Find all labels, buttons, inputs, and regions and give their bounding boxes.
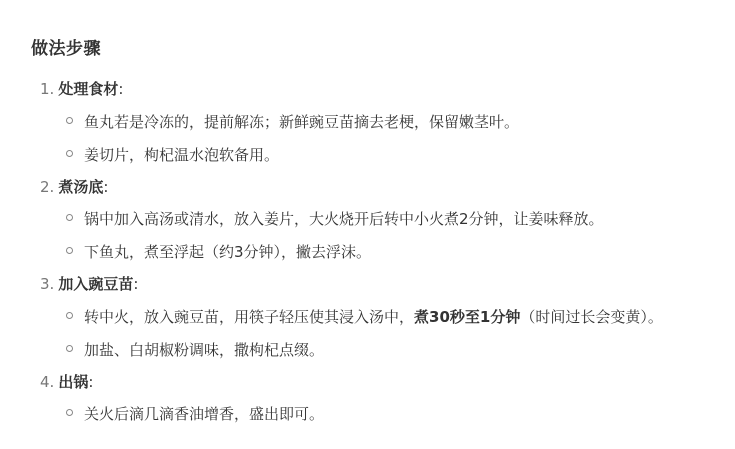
emphasis-text: 煮30秒至1分钟 xyxy=(414,308,520,326)
step-number: 2. xyxy=(40,178,54,196)
step-number: 4. xyxy=(40,373,54,391)
step-title: 加入豌豆苗 xyxy=(58,275,133,293)
hollow-bullet-icon xyxy=(66,117,73,124)
step-4-heading: 4.出锅: xyxy=(40,371,93,392)
step-title: 处理食材 xyxy=(58,80,118,98)
step-number: 3. xyxy=(40,275,54,293)
step-3-heading: 3.加入豌豆苗: xyxy=(40,273,138,294)
step-number: 1. xyxy=(40,80,54,98)
step-2-heading: 2.煮汤底: xyxy=(40,176,108,197)
hollow-bullet-icon xyxy=(66,214,73,221)
step-1-heading: 1.处理食材: xyxy=(40,78,123,99)
list-item: 下鱼丸，煮至浮起（约3分钟），撇去浮沫。 xyxy=(66,241,371,262)
hollow-bullet-icon xyxy=(66,247,73,254)
list-item: 鱼丸若是冷冻的，提前解冻；新鲜豌豆苗摘去老梗，保留嫩茎叶。 xyxy=(66,111,519,132)
step-title: 出锅 xyxy=(58,373,88,391)
list-item: 加盐、白胡椒粉调味，撒枸杞点缀。 xyxy=(66,339,324,360)
hollow-bullet-icon xyxy=(66,409,73,416)
list-item: 转中火，放入豌豆苗，用筷子轻压使其浸入汤中，煮30秒至1分钟（时间过长会变黄）。 xyxy=(66,306,663,327)
hollow-bullet-icon xyxy=(66,150,73,157)
step-title: 煮汤底 xyxy=(58,178,103,196)
list-item: 关火后滴几滴香油增香，盛出即可。 xyxy=(66,403,324,424)
hollow-bullet-icon xyxy=(66,312,73,319)
hollow-bullet-icon xyxy=(66,345,73,352)
list-item: 锅中加入高汤或清水，放入姜片，大火烧开后转中小火煮2分钟，让姜味释放。 xyxy=(66,208,604,229)
section-title: 做法步骤 xyxy=(31,34,101,59)
list-item: 姜切片，枸杞温水泡软备用。 xyxy=(66,144,279,165)
